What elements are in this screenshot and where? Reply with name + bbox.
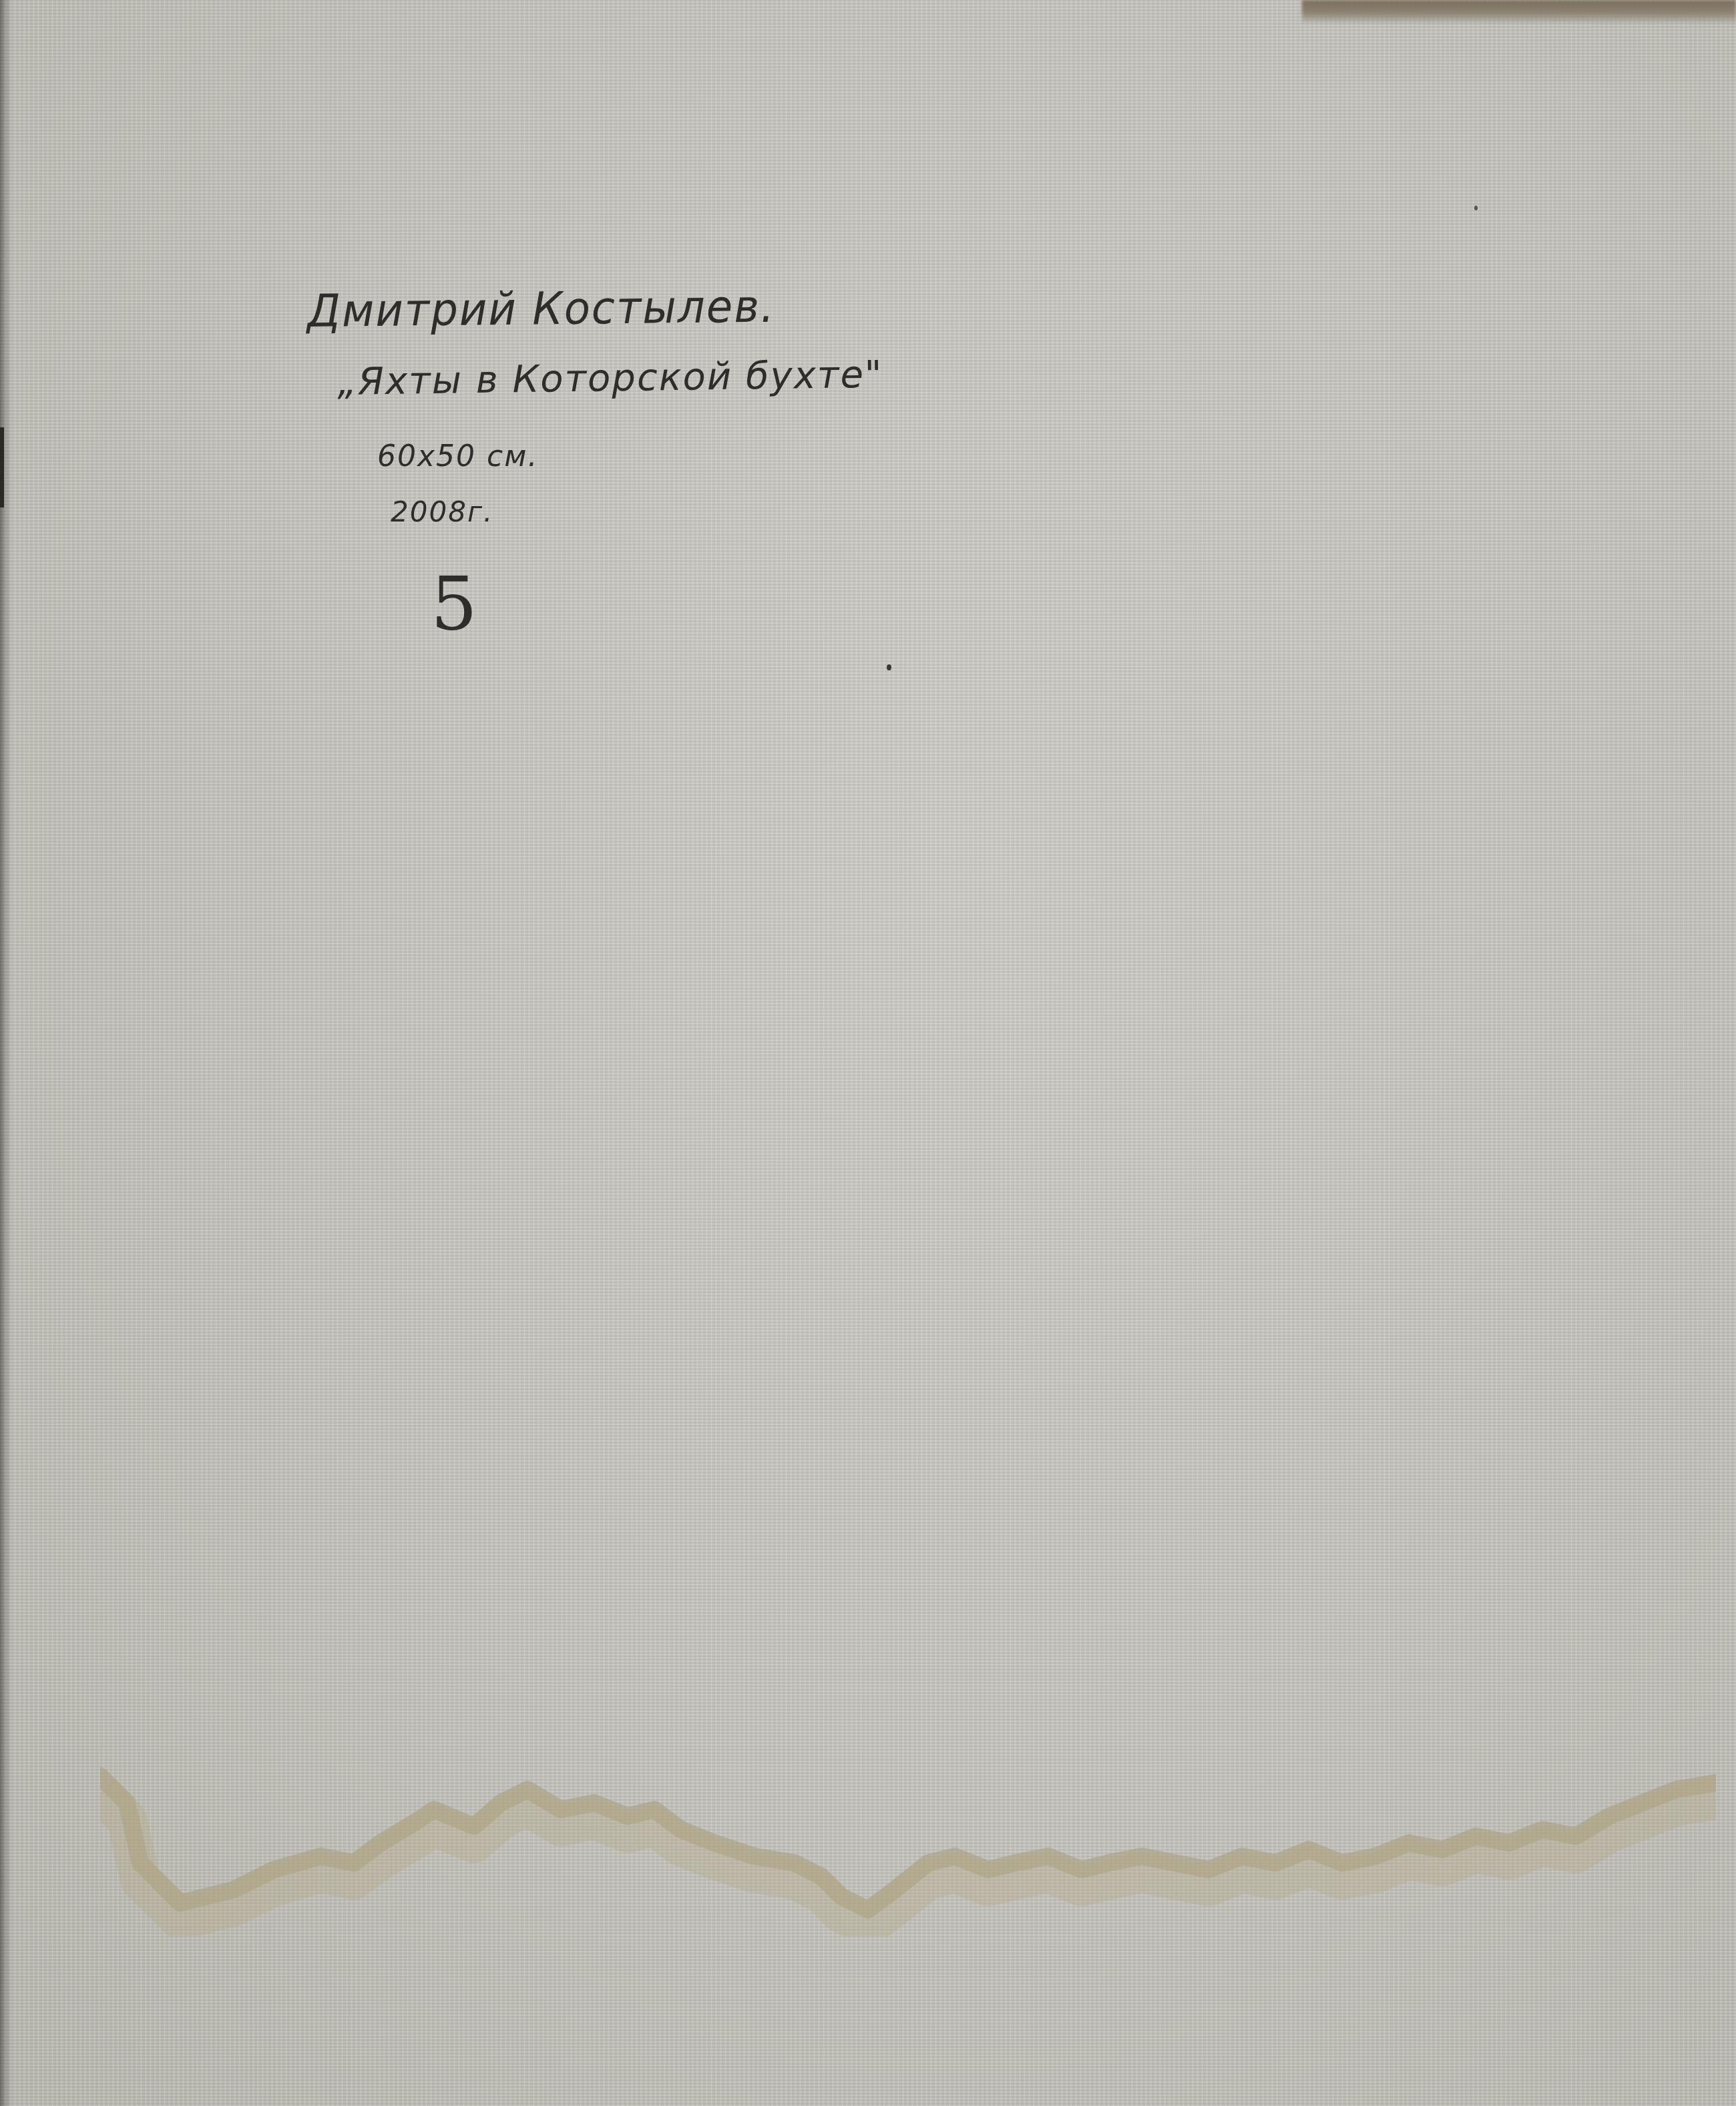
painting-dimensions: 60x50 см. xyxy=(377,439,538,473)
artist-name: Дмитрий Костылев. xyxy=(307,281,776,338)
canvas-back: Дмитрий Костылев. „Яхты в Которской бухт… xyxy=(0,0,1736,2106)
canvas-left-edge xyxy=(0,0,12,2106)
stretcher-bar-edge xyxy=(1302,0,1736,24)
catalog-number: 5 xyxy=(431,561,477,646)
canvas-left-edge-gap xyxy=(0,427,4,507)
ink-speck xyxy=(887,664,891,670)
painting-year: 2008г. xyxy=(391,495,493,528)
ink-speck xyxy=(1474,206,1478,210)
painting-title: „Яхты в Которской бухте" xyxy=(337,353,883,404)
water-stain xyxy=(100,1763,1716,1936)
